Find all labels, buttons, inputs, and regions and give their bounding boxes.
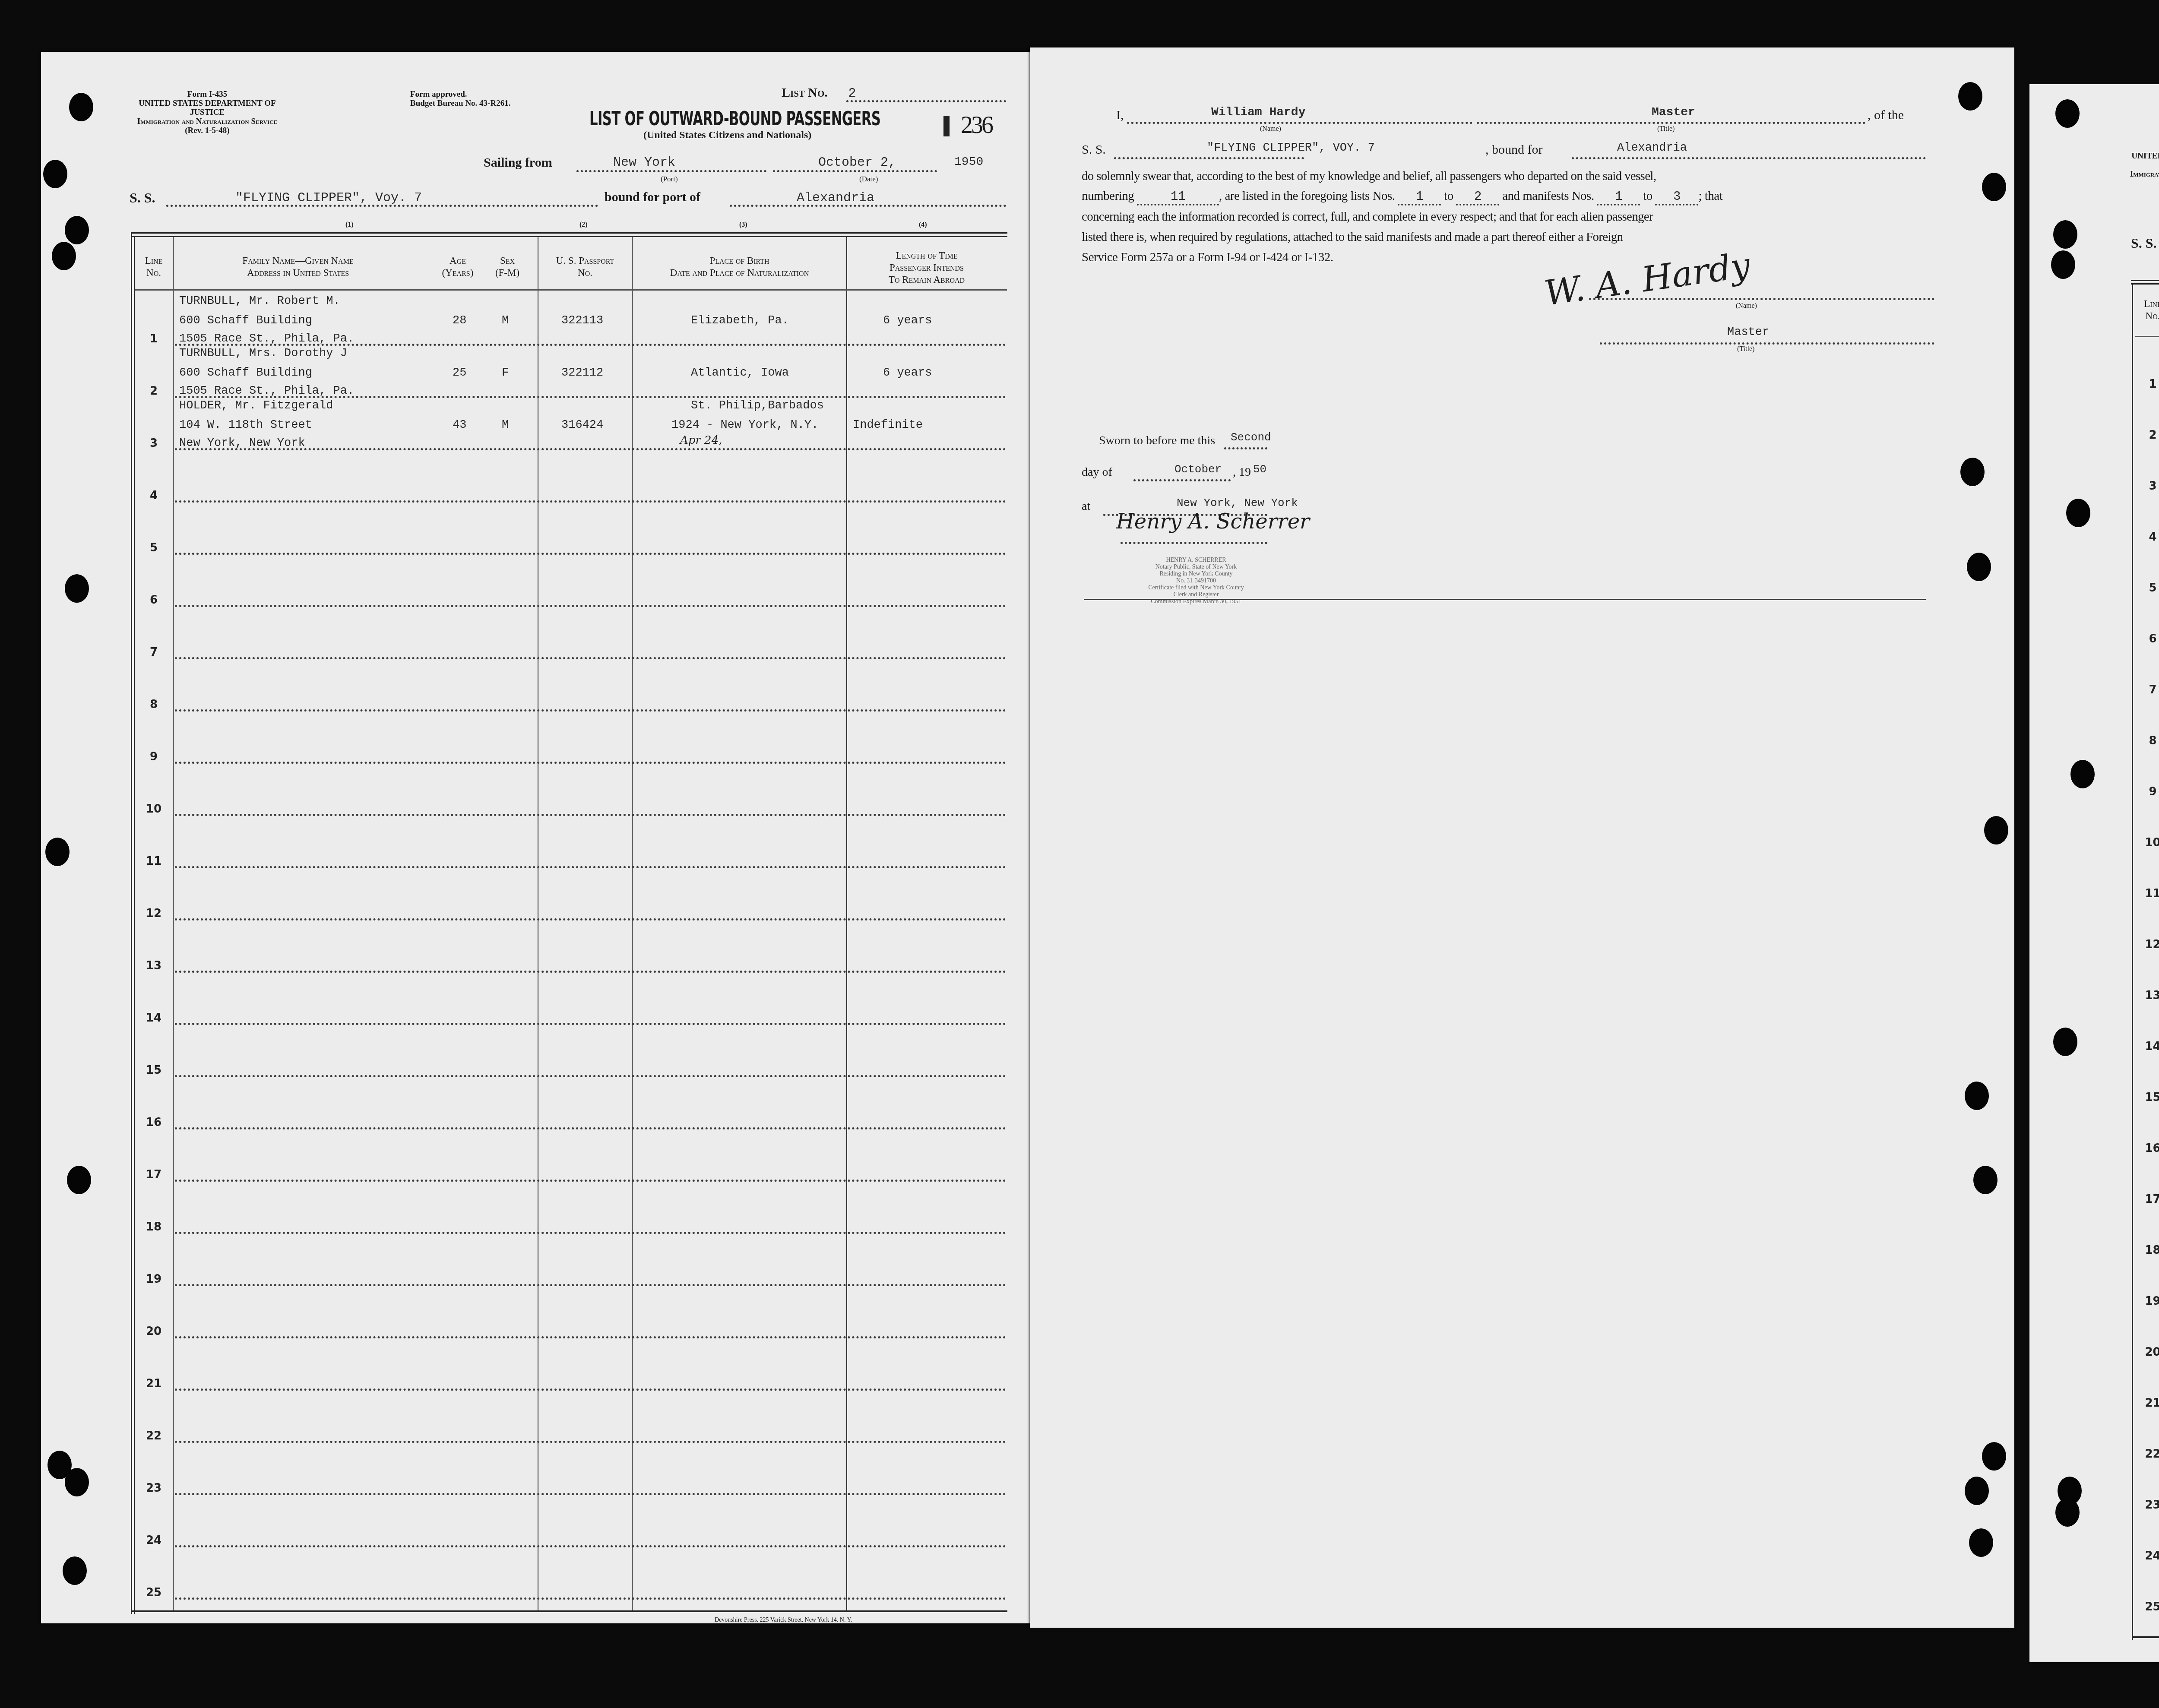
row-rule	[175, 866, 1006, 868]
port-caption: (Port)	[661, 175, 678, 183]
sworn-month: October	[1174, 463, 1222, 476]
master-title: Master	[1652, 106, 1695, 119]
punch-hole	[65, 216, 89, 244]
punch-hole	[67, 1166, 91, 1194]
header-text: U. S. Passport	[538, 255, 632, 267]
row-number: 22	[135, 1430, 173, 1442]
header-text: Line	[2133, 298, 2159, 310]
row-number: 14	[135, 1012, 173, 1025]
punch-hole	[1982, 1442, 2006, 1471]
passenger-sex: M	[502, 419, 509, 432]
column-number: (3)	[739, 221, 747, 229]
row-number: 23	[2133, 1499, 2159, 1512]
that-label: ; that	[1698, 189, 1722, 203]
lists-to: 2	[1456, 190, 1499, 206]
passenger-sex: F	[502, 367, 509, 380]
row-number: 10	[135, 803, 173, 816]
notary-stamp-line: No. 31-3491700	[1131, 578, 1261, 585]
row-number: 9	[135, 750, 173, 763]
row-number: 17	[2133, 1193, 2159, 1206]
row-rule	[175, 1493, 1006, 1495]
year-prefix: , 19	[1233, 465, 1251, 479]
passenger-count: 11	[1137, 190, 1219, 206]
place-of-birth: Elizabeth, Pa.	[691, 314, 789, 327]
row-rule	[175, 918, 1006, 920]
punch-hole	[45, 838, 70, 866]
row-number: 18	[135, 1221, 173, 1234]
punch-hole	[43, 160, 67, 188]
row-number: 2	[2133, 429, 2159, 442]
passenger-address: New York, New York	[179, 437, 305, 450]
oath-text-line: Service Form 257a or a Form I-94 or I-42…	[1082, 250, 1333, 265]
punch-hole	[2055, 99, 2080, 128]
header-text: (Years)	[436, 267, 479, 279]
oath-numbering-line: numbering 11, are listed in the foregoin…	[1082, 189, 1722, 206]
row-number: 24	[135, 1534, 173, 1547]
header-text: No.	[538, 267, 632, 279]
sworn-year: 50	[1253, 463, 1266, 476]
oath-destination: Alexandria	[1617, 142, 1687, 155]
oath-vessel: "FLYING CLIPPER", VOY. 7	[1207, 142, 1375, 155]
title-caption: (Title)	[1657, 125, 1675, 133]
punch-hole	[1969, 1528, 1993, 1557]
manifests-from: 1	[1597, 190, 1640, 206]
notary-stamp-line: Notary Public, State of New York	[1131, 564, 1261, 571]
passport-number: 322112	[561, 367, 603, 380]
place-of-birth: Atlantic, Iowa	[691, 367, 789, 380]
header-text: To Remain Abroad	[847, 274, 1006, 286]
header-bottom-rule	[2135, 336, 2159, 337]
row-number: 13	[135, 959, 173, 972]
bottom-rule	[1084, 599, 1926, 600]
of-the-label: , of the	[1868, 108, 1904, 123]
handwritten-naturalization-note: Apr 24,	[680, 434, 722, 447]
punch-hole	[1967, 553, 1991, 581]
day-of-label: day of	[1082, 465, 1112, 479]
punch-hole	[1960, 458, 1985, 486]
row-number: 9	[2133, 785, 2159, 798]
header-text: Date and Place of Naturalization	[633, 267, 846, 279]
row-number: 7	[2133, 683, 2159, 696]
row-number: 13	[2133, 989, 2159, 1002]
form-number: Form I-435	[130, 90, 285, 99]
col-divider	[173, 236, 174, 1611]
row-number: 24	[2133, 1550, 2159, 1563]
header-bottom-rule	[135, 289, 1007, 291]
master-title-underline	[1477, 122, 1865, 124]
passenger-name: HOLDER, Mr. Fitzgerald	[179, 399, 333, 412]
manifests-text: and manifests Nos.	[1502, 189, 1594, 203]
bound-for-label: , bound for	[1485, 142, 1542, 157]
punch-hole	[1965, 1082, 1989, 1110]
passenger-address: 600 Schaff Building	[179, 314, 312, 327]
notary-stamp-line: HENRY A. SCHERRER	[1131, 557, 1261, 564]
listed-text: , are listed in the foregoing lists Nos.	[1219, 189, 1395, 203]
at-label: at	[1082, 500, 1090, 513]
header-text: Sex	[486, 255, 529, 267]
row-rule	[175, 553, 1006, 555]
passenger-age: 25	[453, 367, 466, 380]
sailing-date: October 2,	[818, 155, 896, 170]
header-text: Age	[436, 255, 479, 267]
row-number: 1	[2133, 378, 2159, 391]
punch-hole	[65, 1468, 89, 1496]
row-number: 3	[2133, 480, 2159, 493]
length-abroad: 6 years	[883, 314, 932, 327]
table-top-rule	[131, 232, 1007, 234]
revision-date: (Rev. 1-6-48)	[2122, 179, 2159, 188]
middle-page-oath	[1030, 47, 2014, 1628]
row-rule	[175, 500, 1006, 503]
punch-hole	[2053, 220, 2077, 249]
list-number-value: 2	[848, 86, 856, 101]
to-label: to	[1643, 189, 1652, 203]
row-number: 21	[135, 1377, 173, 1390]
row-rule	[175, 1127, 1006, 1129]
master-name: William Hardy	[1211, 106, 1305, 119]
row-rule	[175, 1180, 1006, 1182]
header-age: Age (Years)	[436, 255, 479, 279]
row-number: 15	[135, 1064, 173, 1077]
row-number: 8	[135, 698, 173, 711]
list-number-underline	[846, 100, 1006, 102]
row-rule	[175, 1075, 1006, 1077]
row-number: 11	[135, 855, 173, 868]
punch-hole	[2051, 250, 2075, 279]
port-underline	[576, 170, 766, 172]
sailing-from-label: Sailing from	[484, 155, 552, 170]
row-rule	[175, 709, 1006, 712]
passenger-sex: M	[502, 314, 509, 327]
bound-for-label: bound for port of	[605, 190, 700, 205]
sailing-port: New York	[613, 155, 675, 170]
passenger-name: TURNBULL, Mr. Robert M.	[179, 295, 340, 308]
list-number-field: List No. 2	[782, 85, 856, 101]
punch-hole	[1958, 82, 1982, 111]
sailing-year: 1950	[954, 155, 983, 169]
table-left-border	[131, 232, 132, 1614]
passenger-address: 600 Schaff Building	[179, 367, 312, 380]
passport-number: 316424	[561, 419, 603, 432]
naturalization-date-place: 1924 - New York, N.Y.	[671, 419, 818, 432]
row-number: 5	[2133, 582, 2159, 595]
table-top-rule	[2131, 280, 2159, 281]
header-passport: U. S. Passport No.	[538, 255, 632, 279]
place-of-birth: St. Philip,Barbados	[691, 399, 824, 412]
row-number: 1	[135, 332, 173, 345]
form-number: Form I-434	[2122, 142, 2159, 152]
row-rule	[175, 971, 1006, 973]
notary-signature: Henry A. Scherrer	[1116, 509, 1310, 534]
printer-imprint: Devonshire Press, 225 Varick Street, New…	[715, 1617, 852, 1624]
signature-title-caption: (Title)	[1737, 345, 1754, 353]
punch-hole	[52, 242, 76, 270]
punch-hole	[1973, 1166, 1998, 1194]
header-text: Line	[135, 255, 173, 267]
row-number: 8	[2133, 734, 2159, 747]
sworn-label: Sworn to before me this	[1099, 434, 1215, 448]
ss-label: S. S.	[130, 190, 155, 206]
left-page-list-citizens	[41, 52, 1032, 1623]
oath-text-line: listed there is, when required by regula…	[1082, 230, 1623, 244]
signature-name-caption: (Name)	[1736, 302, 1757, 310]
lists-from: 1	[1398, 190, 1441, 206]
header-text: No.	[2133, 310, 2159, 322]
form-header-block: Form I-435 UNITED STATES DEPARTMENT OF J…	[130, 90, 285, 135]
passenger-address: 1505 Race St., Phila, Pa.	[179, 332, 354, 345]
row-number: 3	[135, 437, 173, 450]
oath-text-line: do solemnly swear that, according to the…	[1082, 169, 1656, 183]
signature-name-underline	[1589, 298, 1934, 300]
punch-hole	[2066, 499, 2090, 527]
table-bottom-rule	[131, 1610, 1007, 1612]
notary-stamp-line: Residing in New York County	[1131, 571, 1261, 578]
row-number: 6	[135, 594, 173, 607]
row-rule	[175, 657, 1006, 659]
header-text: Address in United States	[177, 267, 419, 279]
sworn-day: Second	[1231, 431, 1271, 444]
destination-port: Alexandria	[797, 191, 874, 206]
passenger-age: 28	[453, 314, 466, 327]
page-title: LIST OF OUTWARD-BOUND PASSENGERS	[589, 108, 880, 130]
punch-hole	[63, 1556, 87, 1585]
punch-hole	[1982, 173, 2006, 201]
header-line-no: Line No.	[2133, 298, 2159, 322]
row-number: 20	[2133, 1346, 2159, 1359]
service-name: Immigration and Naturalization Service	[130, 117, 285, 126]
row-rule	[175, 1336, 1006, 1338]
col-divider	[538, 236, 538, 1611]
row-number: 4	[2133, 531, 2159, 544]
form-header-block: Form I-434 UNITED STATES DEPARTMENT OF J…	[2122, 142, 2159, 188]
length-abroad: Indefinite	[853, 419, 923, 432]
row-number: 19	[135, 1273, 173, 1286]
passenger-name: TURNBULL, Mrs. Dorothy J	[179, 347, 347, 360]
oath-i-label: I,	[1116, 108, 1124, 123]
to-label: to	[1444, 189, 1453, 203]
header-line-no: Line No.	[135, 255, 173, 279]
header-text: Family Name—Given Name	[177, 255, 419, 267]
name-caption: (Name)	[1260, 125, 1281, 133]
header-text: Length of Time	[847, 250, 1006, 262]
length-abroad: 6 years	[883, 367, 932, 380]
notary-signature-underline	[1121, 542, 1267, 544]
column-number: (2)	[579, 221, 588, 229]
row-rule	[175, 1441, 1006, 1443]
table-top-rule	[2131, 283, 2159, 285]
row-number: 15	[2133, 1091, 2159, 1104]
form-approval: Form approved. Budget Bureau No. 43-R261…	[410, 90, 510, 108]
passenger-address: 1505 Race St., Phila, Pa.	[179, 385, 354, 398]
header-text: Place of Birth	[633, 255, 846, 267]
header-birth: Place of Birth Date and Place of Natural…	[633, 255, 846, 279]
ss-label: S. S.	[2131, 235, 2157, 251]
header-text: (F-M)	[486, 267, 529, 279]
page-subtitle: (United States Citizens and Nationals)	[643, 130, 811, 141]
notary-stamp-line: Certificate filed with New York County	[1131, 585, 1261, 591]
budget-number: Budget Bureau No. 43-R261.	[410, 99, 510, 108]
passenger-address: 104 W. 118th Street	[179, 419, 312, 432]
numbering-label: numbering	[1082, 189, 1134, 203]
row-rule	[175, 1389, 1006, 1391]
punch-hole	[1984, 816, 2008, 845]
oath-destination-underline	[1572, 157, 1926, 159]
stamped-page-number: 236	[961, 111, 992, 139]
list-number-label: List No.	[782, 85, 828, 100]
header-text: Passenger Intends	[847, 262, 1006, 274]
oath-ss-label: S. S.	[1082, 142, 1106, 157]
row-number: 16	[2133, 1142, 2159, 1155]
row-number: 19	[2133, 1295, 2159, 1308]
row-rule	[175, 1232, 1006, 1234]
date-underline	[773, 170, 937, 172]
row-number: 12	[2133, 938, 2159, 951]
row-number: 20	[135, 1325, 173, 1338]
col-divider	[846, 236, 847, 1611]
row-number: 4	[135, 489, 173, 502]
master-name-underline	[1127, 122, 1472, 124]
row-rule	[175, 605, 1006, 607]
row-rule	[175, 1284, 1006, 1286]
row-number: 10	[2133, 836, 2159, 849]
header-sex: Sex (F-M)	[486, 255, 529, 279]
oath-vessel-underline	[1114, 157, 1304, 159]
row-number: 5	[135, 541, 173, 554]
punch-hole	[2055, 1498, 2080, 1527]
date-caption: (Date)	[859, 175, 878, 183]
punch-hole	[65, 574, 89, 603]
sworn-month-underline	[1133, 479, 1231, 481]
punch-hole	[2053, 1028, 2077, 1056]
row-number: 2	[135, 385, 173, 398]
punch-hole	[69, 93, 93, 121]
punch-hole	[1965, 1477, 1989, 1505]
service-name: Immigration and Naturalization Service	[2122, 170, 2159, 179]
row-number: 21	[2133, 1397, 2159, 1410]
manifests-to: 3	[1655, 190, 1698, 206]
row-number: 23	[135, 1482, 173, 1495]
punch-hole	[2070, 760, 2095, 788]
row-number: 25	[2133, 1600, 2159, 1613]
column-number: (1)	[345, 221, 354, 229]
signature-title: Master	[1727, 326, 1769, 339]
row-rule	[175, 762, 1006, 764]
row-number: 11	[2133, 887, 2159, 900]
row-rule	[175, 1023, 1006, 1025]
passport-number: 322113	[561, 314, 603, 327]
vessel-name: "FLYING CLIPPER", Voy. 7	[235, 191, 422, 206]
row-number: 7	[135, 646, 173, 659]
header-length-abroad: Length of Time Passenger Intends To Rema…	[847, 250, 1006, 286]
row-rule	[175, 1597, 1006, 1600]
column-number: (4)	[919, 221, 927, 229]
row-number: 17	[135, 1168, 173, 1181]
col-divider	[632, 236, 633, 1611]
signature-title-underline	[1600, 342, 1934, 345]
table-bottom-rule	[2132, 1636, 2159, 1638]
passenger-age: 43	[453, 419, 466, 432]
oath-text-line: concerning each the information recorded…	[1082, 210, 1653, 224]
row-number: 22	[2133, 1448, 2159, 1461]
department-name: UNITED STATES DEPARTMENT OF JUSTICE	[130, 99, 285, 117]
header-text: No.	[135, 267, 173, 279]
notary-stamp: HENRY A. SCHERRER Notary Public, State o…	[1131, 557, 1261, 605]
row-rule	[175, 1545, 1006, 1547]
row-number: 18	[2133, 1244, 2159, 1257]
revision-date: (Rev. 1-5-48)	[130, 126, 285, 135]
department-name: UNITED STATES DEPARTMENT OF JUSTICE	[2122, 152, 2159, 170]
row-number: 14	[2133, 1040, 2159, 1053]
notary-stamp-line: Clerk and Register	[1131, 591, 1261, 598]
sworn-place: New York, New York	[1177, 497, 1298, 509]
sworn-day-underline	[1224, 447, 1267, 449]
stamp-bar	[943, 116, 950, 136]
header-name-address: Family Name—Given Name Address in United…	[177, 255, 419, 279]
row-number: 16	[135, 1116, 173, 1129]
table-top-rule	[131, 236, 1007, 237]
row-number: 6	[2133, 633, 2159, 645]
approval-label: Form approved.	[410, 90, 510, 99]
row-number: 25	[135, 1586, 173, 1599]
row-number: 12	[135, 907, 173, 920]
row-rule	[175, 814, 1006, 816]
